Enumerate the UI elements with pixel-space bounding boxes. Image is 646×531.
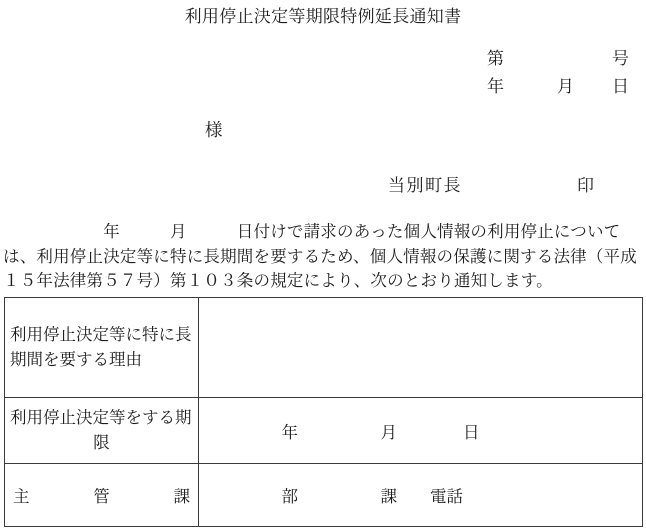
- deadline-label-line1: 利用停止決定等をする期: [10, 406, 193, 431]
- notice-document: 利用停止決定等期限特例延長通知書 第 号 年 月 日 様 当別町長 印 年 月 …: [0, 0, 646, 531]
- issue-date-year-label: 年: [487, 72, 504, 97]
- issue-date-day-label: 日: [612, 72, 629, 97]
- department-value-cell: 部 課 電話: [199, 464, 642, 526]
- sender-title: 当別町長: [388, 171, 462, 196]
- issue-date-month-label: 月: [557, 72, 574, 97]
- department-label-cell: 主 管 課: [5, 464, 199, 526]
- seal-placeholder: 印: [577, 171, 594, 196]
- reason-label-line1: 利用停止決定等に特に長: [10, 323, 193, 348]
- reason-label-cell: 利用停止決定等に特に長 期間を要する理由: [5, 298, 199, 398]
- deadline-label-cell: 利用停止決定等をする期 限: [5, 398, 199, 464]
- deadline-label-line2: 限: [10, 431, 193, 456]
- notice-body-paragraph: 年 月 日付けで請求のあった個人情報の利用停止について は、利用停止決定等に特に…: [3, 220, 645, 294]
- deadline-value-cell: 年 月 日: [199, 398, 642, 464]
- doc-number-suffix: 号: [612, 44, 629, 69]
- notice-form-table: 利用停止決定等に特に長 期間を要する理由 利用停止決定等をする期 限 年 月 日…: [4, 297, 643, 527]
- reason-label-line2: 期間を要する理由: [10, 348, 193, 373]
- department-label-part1: 主: [13, 483, 30, 507]
- department-label-part2: 管: [93, 483, 110, 507]
- body-line-2: は、利用停止決定等に特に長期間を要するため、個人情報の保護に関する法律（平成: [3, 245, 645, 270]
- body-line-1: 年 月 日付けで請求のあった個人情報の利用停止について: [3, 220, 645, 245]
- department-label-part3: 課: [174, 483, 191, 507]
- doc-number-prefix: 第: [487, 44, 504, 69]
- document-title: 利用停止決定等期限特例延長通知書: [0, 2, 646, 27]
- body-line-3: １５年法律第５７号）第１０３条の規定により、次のとおり通知します。: [3, 269, 645, 294]
- addressee-honorific: 様: [205, 117, 223, 142]
- reason-value-cell: [199, 298, 642, 398]
